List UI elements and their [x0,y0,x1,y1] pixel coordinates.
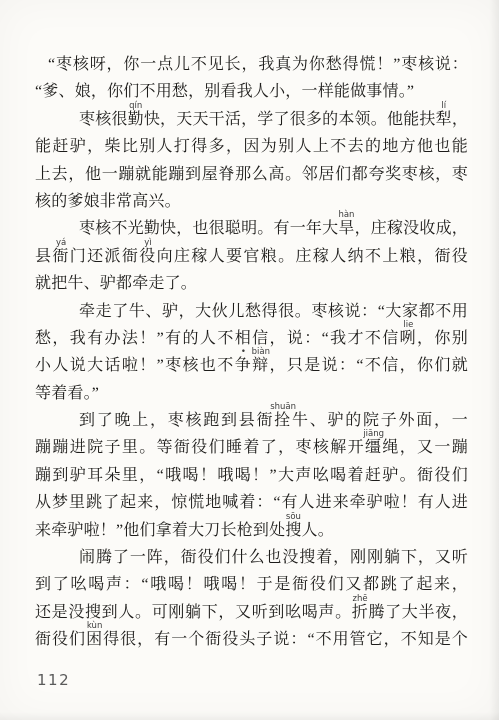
annotated-char: yì役 [139,248,156,265]
annotated-char: shuān拴 [274,412,292,429]
text-run: 上去，他一蹦就能蹦到屋脊那么高。邻居们都夸奖枣核，枣 [35,166,468,183]
annotated-char: lí犁 [436,111,452,128]
text-line: 蹦到驴耳朵里，“哦喝！哦喝！”大声吆喝着赶驴。衙役们 [35,462,468,489]
pinyin-annotation: biàn [252,348,270,357]
text-run: 县 [35,248,52,265]
text-line: 小人说大话啦！”枣核也不•争biàn辩，只是说：“不信，你们就 [35,352,468,379]
text-line: 从梦里跳了起来，惊慌地喊着：“有人进来牵驴啦！有人进 [35,489,468,516]
text-line: “爹、娘，你们不用愁，别看我人小，一样能做事情。” [35,78,468,105]
scanned-textbook-page: “枣核呀，你一点儿不见长，我真为你愁得慌！”枣核说：“爹、娘，你们不用愁，别看我… [0,0,499,720]
text-run: 核的爹娘非常高兴。 [35,193,181,210]
annotated-char: sōu搜 [285,522,301,539]
text-line: 到了吆喝声：“哦喝！哦喝！于是衙役们又都跳了起来， [35,571,468,598]
text-line: 闹腾了一阵，衙役们什么也没搜着，刚刚躺下，又听 [35,544,468,571]
pinyin-annotation: hàn [338,211,354,220]
page-number: 112 [37,671,70,689]
text-run: 得很，有一个衙役头子说：“不用管它，不知是个 [103,631,468,648]
annotated-char: hàn旱 [338,220,354,237]
text-run: 愁，我有办法！”有的人不相信，说：“我才不信 [35,330,400,347]
pinyin-annotation: lí [441,102,446,111]
text-run: 到了吆喝声：“哦喝！哦喝！于是衙役们又都跳了起来， [35,576,468,593]
pinyin-annotation: yì [144,239,151,248]
text-run: 绳，又一蹦 [382,439,468,456]
text-run: 到了晚上，枣核跑到县衙 [79,412,274,429]
annotated-char: qín勤 [128,111,144,128]
pinyin-annotation: qín [129,102,142,111]
text-run: 枣核很 [79,111,128,128]
text-run: ，只是说：“不信，你们就 [269,357,468,374]
annotated-char: lie咧 [400,330,417,347]
text-run: 向庄稼人要官粮。庄稼人纳不上粮，衙役 [157,248,468,265]
text-run: 腾了大半夜， [368,604,468,621]
text-run: 快，天天干活，学了很多的本领。他能扶 [144,111,436,128]
text-run: 牛、驴的院子外面，一 [292,412,468,429]
text-line: 能赶驴，柴比别人打得多，因为别人上不去的地方他也能 [35,133,468,160]
annotated-char: biàn辩 [252,357,269,374]
text-line: 蹦蹦进院子里。等衙役们睡着了，枣核解开jiāng缰绳，又一蹦 [35,434,468,461]
text-run: 蹦到驴耳朵里，“哦喝！哦喝！”大声吆喝着赶驴。衙役们 [35,467,468,484]
text-run: 门还派衙 [70,248,139,265]
annotated-char: kùn困 [86,631,103,648]
annotated-char: zhē折 [352,604,369,621]
pinyin-annotation: shuān [270,403,296,412]
pinyin-annotation: zhē [353,595,368,604]
text-line: 枣核不光勤快，也很聪明。有一年大hàn旱，庄稼没收成， [35,215,468,242]
text-run: 小人说大话啦！”枣核也不 [35,357,235,374]
text-line: 到了晚上，枣核跑到县衙shuān拴牛、驴的院子外面，一 [35,407,468,434]
text-line: “枣核呀，你一点儿不见长，我真为你愁得慌！”枣核说： [35,51,468,78]
text-run: 牵走了牛、驴，大伙儿愁得很。枣核说：“大家都不用 [79,303,468,320]
text-run: ，你别 [417,330,468,347]
annotated-char: •争 [235,357,252,374]
pinyin-annotation: jiāng [363,430,384,439]
text-run: 枣核不光勤快，也很聪明。有一年大 [79,220,338,237]
text-run: ，庄稼没收成， [355,220,468,237]
text-line: 来牵驴啦！”他们拿着大刀长枪到处sōu搜人。 [35,517,468,544]
text-line: 县yá衙门还派衙yì役向庄稼人要官粮。庄稼人纳不上粮，衙役 [35,243,468,270]
text-run: 来牵驴啦！”他们拿着大刀长枪到处 [35,522,285,539]
text-run: 还是没搜到人。可刚躺下，又听到吆喝声。 [35,604,352,621]
text-run: ， [452,111,468,128]
pinyin-annotation: kùn [87,622,102,631]
text-line: 就把牛、驴都牵走了。 [35,270,468,297]
text-line: 衙役们kùn困得很，有一个衙役头子说：“不用管它，不知是个 [35,626,468,653]
text-run: 衙役们 [35,631,86,648]
pinyin-annotation: lie [403,321,413,330]
text-run: “枣核呀，你一点儿不见长，我真为你愁得慌！”枣核说： [48,56,468,73]
text-run: 等着看。” [35,385,99,402]
text-block: “枣核呀，你一点儿不见长，我真为你愁得慌！”枣核说：“爹、娘，你们不用愁，别看我… [35,51,468,654]
annotated-char: jiāng缰 [365,439,382,456]
text-run: “爹、娘，你们不用愁，别看我人小，一样能做事情。” [35,83,414,100]
text-run: 蹦蹦进院子里。等衙役们睡着了，枣核解开 [35,439,365,456]
pinyin-annotation: • [241,348,246,357]
text-run: 闹腾了一阵，衙役们什么也没搜着，刚刚躺下，又听 [79,549,468,566]
pinyin-annotation: yá [56,239,66,248]
text-run: 能赶驴，柴比别人打得多，因为别人上不去的地方他也能 [35,138,468,155]
text-line: 枣核很qín勤快，天天干活，学了很多的本领。他能扶lí犁， [35,106,468,133]
text-line: 上去，他一蹦就能蹦到屋脊那么高。邻居们都夸奖枣核，枣 [35,161,468,188]
text-run: 从梦里跳了起来，惊慌地喊着：“有人进来牵驴啦！有人进 [35,494,468,511]
text-line: 等着看。” [35,380,468,407]
annotated-char: yá衙 [52,248,69,265]
text-run: 人。 [302,522,334,539]
text-line: 核的爹娘非常高兴。 [35,188,468,215]
text-run: 就把牛、驴都牵走了。 [35,275,197,292]
pinyin-annotation: sōu [286,513,301,522]
